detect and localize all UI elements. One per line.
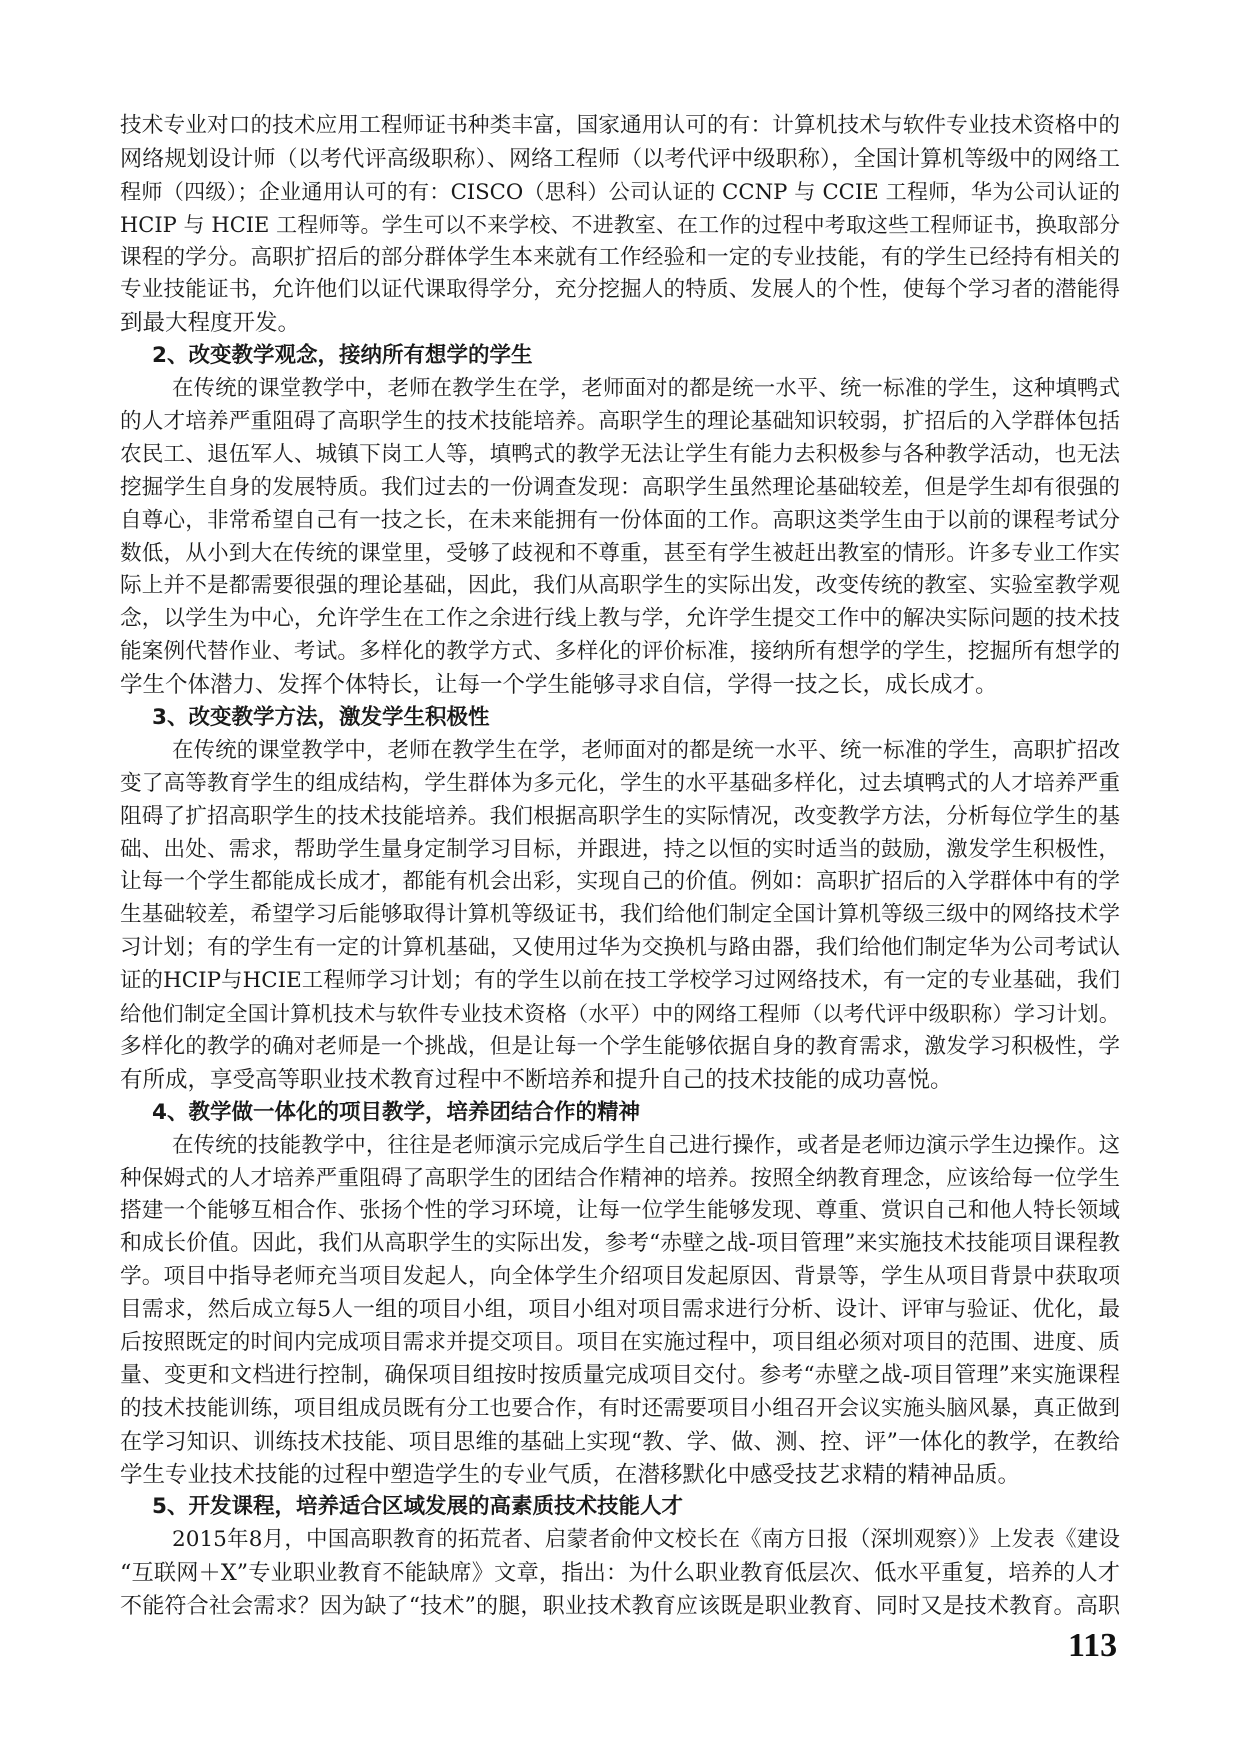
paragraph-line: 变了高等教育学生的组成结构，学生群体为多元化，学生的水平基础多样化，过去填鸭式的… (120, 768, 1120, 801)
paragraph-line: 和成长价值。因此，我们从高职学生的实际出发，参考“赤壁之战-项目管理”来实施技术… (120, 1228, 1120, 1261)
paragraph-line: 生基础较差，希望学习后能够取得计算机等级证书，我们给他们制定全国计算机等级三级中… (120, 899, 1120, 932)
paragraph-line: 让每一个学生都能成长成才，都能有机会出彩，实现自己的价值。例如：高职扩招后的入学… (120, 866, 1120, 899)
paragraph-line: 给他们制定全国计算机技术与软件专业技术资格（水平）中的网络工程师（以考代评中级职… (120, 998, 1120, 1031)
paragraph-line: 不能符合社会需求？因为缺了“技术”的腿，职业技术教育应该既是职业教育、同时又是技… (120, 1590, 1120, 1623)
paragraph-first-line: 在传统的课堂教学中，老师在教学生在学，老师面对的都是统一水平、统一标准的学生，这… (120, 373, 1120, 406)
paragraph-line: 在学习知识、训练技术技能、项目思维的基础上实现“教、学、做、测、控、评”一体化的… (120, 1426, 1120, 1459)
section-heading: 2、改变教学观念，接纳所有想学的学生 (120, 340, 1120, 373)
paragraph-line: 多样化的教学的确对老师是一个挑战，但是让每一个学生能够依据自身的教育需求，激发学… (120, 1031, 1120, 1064)
paragraph-line: 阻碍了扩招高职学生的技术技能培养。我们根据高职学生的实际情况，改变教学方法，分析… (120, 801, 1120, 834)
document-body: 技术专业对口的技术应用工程师证书种类丰富，国家通用认可的有：计算机技术与软件专业… (120, 110, 1120, 1623)
paragraph-line: 学。项目中指导老师充当项目发起人，向全体学生介绍项目发起原因、背景等，学生从项目… (120, 1261, 1120, 1294)
paragraph-first-line: 在传统的技能教学中，往往是老师演示完成后学生自己进行操作，或者是老师边演示学生边… (120, 1130, 1120, 1163)
paragraph-last-line: 学生个体潜力、发挥个体特长，让每一个学生能够寻求自信，学得一技之长，成长成才。 (120, 669, 1120, 702)
paragraph-line: 能案例代替作业、考试。多样化的教学方式、多样化的评价标准，接纳所有想学的学生，挖… (120, 636, 1120, 669)
paragraph-first-line: 2015年8月，中国高职教育的拓荒者、启蒙者俞仲文校长在《南方日报（深圳观察）》… (120, 1524, 1120, 1557)
paragraph-line: 专业技能证书，允许他们以证代课取得学分，充分挖掘人的特质、发展人的个性，使每个学… (120, 274, 1120, 307)
paragraph-line: 技术专业对口的技术应用工程师证书种类丰富，国家通用认可的有：计算机技术与软件专业… (120, 110, 1120, 143)
paragraph-first-line: 在传统的课堂教学中，老师在教学生在学，老师面对的都是统一水平、统一标准的学生，高… (120, 735, 1120, 768)
paragraph-line: 习计划；有的学生有一定的计算机基础，又使用过华为交换机与路由器，我们给他们制定华… (120, 932, 1120, 965)
paragraph-line: HCIP 与 HCIE 工程师等。学生可以不来学校、不进教室、在工作的过程中考取… (120, 209, 1120, 242)
paragraph-line: 自尊心，非常希望自己有一技之长，在未来能拥有一份体面的工作。高职这类学生由于以前… (120, 505, 1120, 538)
paragraph-line: 量、变更和文档进行控制，确保项目组按时按质量完成项目交付。参考“赤壁之战-项目管… (120, 1360, 1120, 1393)
paragraph-last-line: 到最大程度开发。 (120, 307, 1120, 340)
paragraph-line: 程师（四级）；企业通用认可的有：CISCO（思科）公司认证的 CCNP 与 CC… (120, 176, 1120, 209)
paragraph-line: “互联网＋X”专业职业教育不能缺席》文章，指出：为什么职业教育低层次、低水平重复… (120, 1557, 1120, 1590)
section-heading: 5、开发课程，培养适合区域发展的高素质技术技能人才 (120, 1491, 1120, 1524)
section-heading: 3、改变教学方法，激发学生积极性 (120, 702, 1120, 735)
paragraph-line: 后按照既定的时间内完成项目需求并提交项目。项目在实施过程中，项目组必须对项目的范… (120, 1327, 1120, 1360)
paragraph-line: 的人才培养严重阻碍了高职学生的技术技能培养。高职学生的理论基础知识较弱，扩招后的… (120, 406, 1120, 439)
paragraph-line: 念，以学生为中心，允许学生在工作之余进行线上教与学，允许学生提交工作中的解决实际… (120, 603, 1120, 636)
paragraph-line: 挖掘学生自身的发展特质。我们过去的一份调查发现：高职学生虽然理论基础较差，但是学… (120, 472, 1120, 505)
paragraph-line: 搭建一个能够互相合作、张扬个性的学习环境，让每一位学生能够发现、尊重、赏识自己和… (120, 1195, 1120, 1228)
page-number: 113 (1068, 1626, 1117, 1666)
paragraph-last-line: 学生专业技术技能的过程中塑造学生的专业气质，在潜移默化中感受技艺求精的精神品质。 (120, 1459, 1120, 1492)
paragraph-line: 础、出处、需求，帮助学生量身定制学习目标，并跟进，持之以恒的实时适当的鼓励，激发… (120, 834, 1120, 867)
paragraph-line: 种保姆式的人才培养严重阻碍了高职学生的团结合作精神的培养。按照全纳教育理念，应该… (120, 1163, 1120, 1196)
paragraph-line: 课程的学分。高职扩招后的部分群体学生本来就有工作经验和一定的专业技能，有的学生已… (120, 242, 1120, 275)
paragraph-line: 际上并不是都需要很强的理论基础，因此，我们从高职学生的实际出发，改变传统的教室、… (120, 570, 1120, 603)
paragraph-line: 网络规划设计师（以考代评高级职称）、网络工程师（以考代评中级职称），全国计算机等… (120, 143, 1120, 176)
paragraph-line: 的技术技能训练，项目组成员既有分工也要合作，有时还需要项目小组召开会议实施头脑风… (120, 1393, 1120, 1426)
paragraph-line: 数低，从小到大在传统的课堂里，受够了歧视和不尊重，甚至有学生被赶出教室的情形。许… (120, 538, 1120, 571)
paragraph-line: 目需求，然后成立每5人一组的项目小组，项目小组对项目需求进行分析、设计、评审与验… (120, 1294, 1120, 1327)
paragraph-line: 证的HCIP与HCIE工程师学习计划；有的学生以前在技工学校学习过网络技术，有一… (120, 965, 1120, 998)
paragraph-line: 农民工、退伍军人、城镇下岗工人等，填鸭式的教学无法让学生有能力去积极参与各种教学… (120, 439, 1120, 472)
paragraph-last-line: 有所成，享受高等职业技术教育过程中不断培养和提升自己的技术技能的成功喜悦。 (120, 1064, 1120, 1097)
section-heading: 4、教学做一体化的项目教学，培养团结合作的精神 (120, 1097, 1120, 1130)
